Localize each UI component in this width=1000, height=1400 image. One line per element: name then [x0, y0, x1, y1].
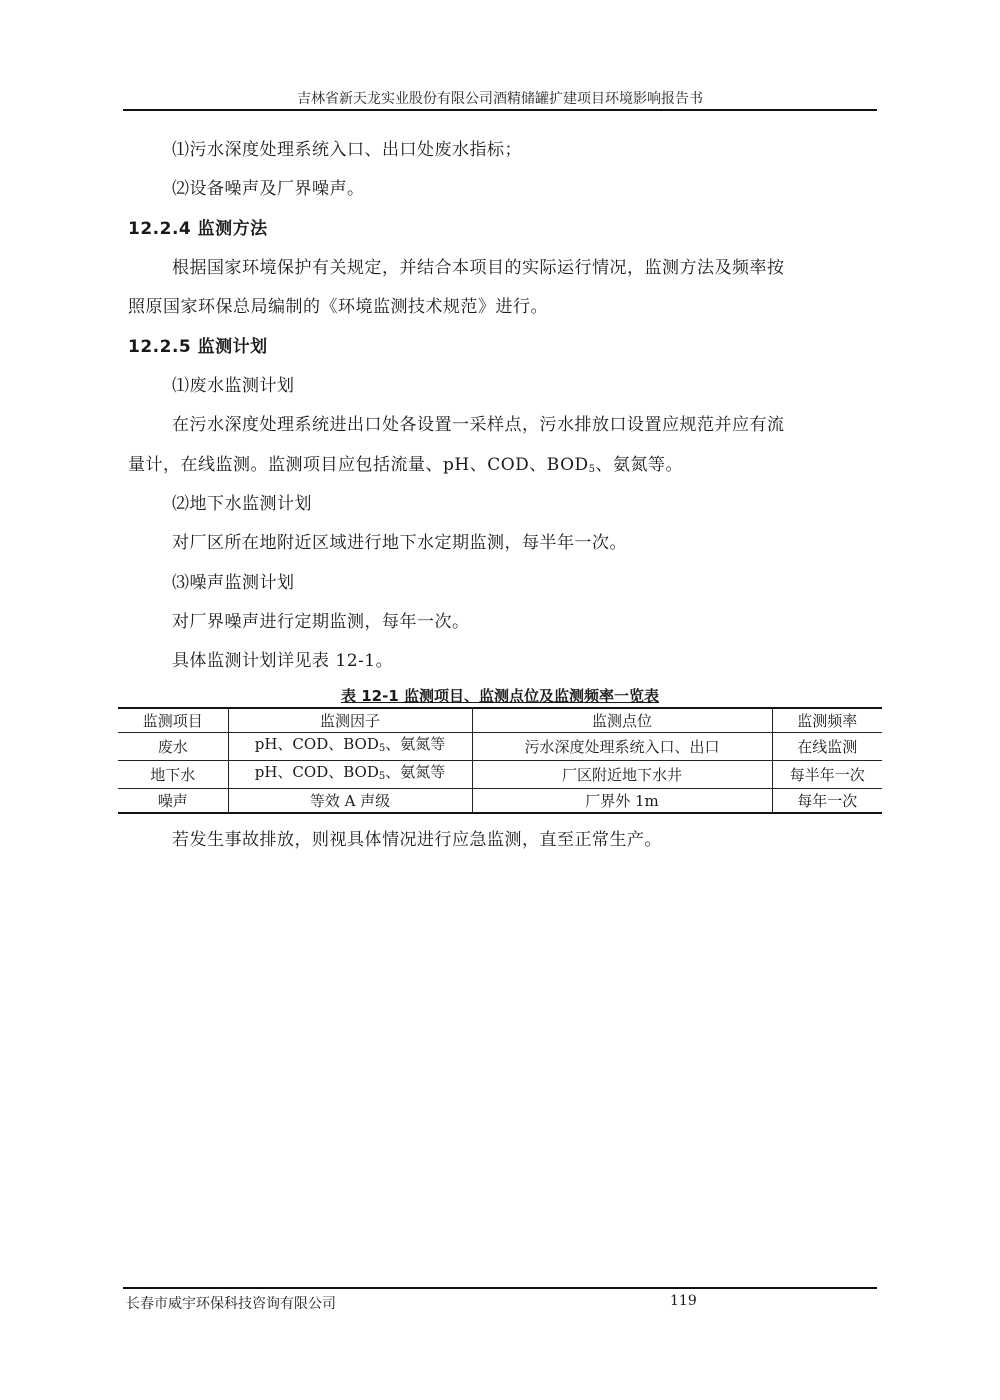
text-fragment: 、氨氮等	[385, 735, 445, 753]
table-cell-factor: 等效 A 声级	[228, 789, 472, 814]
paragraph-line: 照原国家环保总局编制的《环境监测技术规范》进行。	[128, 295, 548, 319]
table-row: 噪声 等效 A 声级 厂界外 1m 每年一次	[118, 789, 882, 814]
table-cell-location: 污水深度处理系统入口、出口	[472, 733, 772, 761]
text-fragment: 等效 A 声级	[310, 792, 390, 810]
header-divider	[123, 109, 877, 111]
table-row: 地下水 pH、COD、BOD5、氨氮等 厂区附近地下水井 每半年一次	[118, 761, 882, 789]
page-header-title: 吉林省新天龙实业股份有限公司酒精储罐扩建项目环境影响报告书	[125, 88, 875, 108]
text-fragment: 、氨氮等。	[596, 455, 684, 475]
paragraph-line: 对厂区所在地附近区域进行地下水定期监测，每半年一次。	[172, 531, 627, 555]
text-fragment: pH、COD、BOD	[255, 763, 379, 781]
list-item-2: ⑵设备噪声及厂界噪声。	[172, 177, 365, 201]
table-cell-factor: pH、COD、BOD5、氨氮等	[228, 733, 472, 761]
table-header-cell: 监测项目	[118, 708, 228, 733]
plan-title-groundwater: ⑵地下水监测计划	[172, 492, 312, 516]
table-cell-factor: pH、COD、BOD5、氨氮等	[228, 761, 472, 789]
table-cell-item: 地下水	[118, 761, 228, 789]
plan-title-noise: ⑶噪声监测计划	[172, 571, 295, 595]
text-fragment: pH、COD、BOD	[255, 735, 379, 753]
monitoring-table: 监测项目 监测因子 监测点位 监测频率 废水 pH、COD、BOD5、氨氮等 污…	[118, 707, 882, 814]
table-header-row: 监测项目 监测因子 监测点位 监测频率	[118, 708, 882, 733]
table-cell-location: 厂界外 1m	[472, 789, 772, 814]
paragraph-line: 对厂界噪声进行定期监测，每年一次。	[172, 610, 470, 634]
plan-title-wastewater: ⑴废水监测计划	[172, 374, 295, 398]
table-header-cell: 监测点位	[472, 708, 772, 733]
table-cell-item: 噪声	[118, 789, 228, 814]
paragraph-line: 根据国家环境保护有关规定，并结合本项目的实际运行情况，监测方法及频率按	[172, 256, 785, 280]
closing-paragraph: 若发生事故排放，则视具体情况进行应急监测，直至正常生产。	[172, 828, 662, 852]
section-heading-12-2-5: 12.2.5 监测计划	[128, 335, 268, 359]
section-heading-12-2-4: 12.2.4 监测方法	[128, 217, 268, 241]
text-fragment: 、氨氮等	[385, 763, 445, 781]
list-item-1: ⑴污水深度处理系统入口、出口处废水指标；	[172, 138, 522, 162]
table-cell-frequency: 每半年一次	[772, 761, 882, 789]
table-cell-frequency: 每年一次	[772, 789, 882, 814]
paragraph-line: 在污水深度处理系统进出口处各设置一采样点，污水排放口设置应规范并应有流	[172, 413, 785, 437]
paragraph-line: 具体监测计划详见表 12-1。	[172, 649, 393, 673]
page-number: 119	[480, 1293, 880, 1309]
table-cell-frequency: 在线监测	[772, 733, 882, 761]
table-cell-location: 厂区附近地下水井	[472, 761, 772, 789]
paragraph-line: 量计，在线监测。监测项目应包括流量、pH、COD、BOD5、氨氮等。	[128, 453, 683, 482]
subscript: 5	[589, 464, 596, 475]
footer-divider	[123, 1287, 877, 1289]
table-header-cell: 监测频率	[772, 708, 882, 733]
table-header-cell: 监测因子	[228, 708, 472, 733]
text-fragment: 量计，在线监测。监测项目应包括流量、pH、COD、BOD	[128, 455, 589, 475]
table-cell-item: 废水	[118, 733, 228, 761]
table-caption: 表 12-1 监测项目、监测点位及监测频率一览表	[118, 685, 882, 706]
table-row: 废水 pH、COD、BOD5、氨氮等 污水深度处理系统入口、出口 在线监测	[118, 733, 882, 761]
footer-company: 长春市威宇环保科技咨询有限公司	[126, 1293, 336, 1313]
